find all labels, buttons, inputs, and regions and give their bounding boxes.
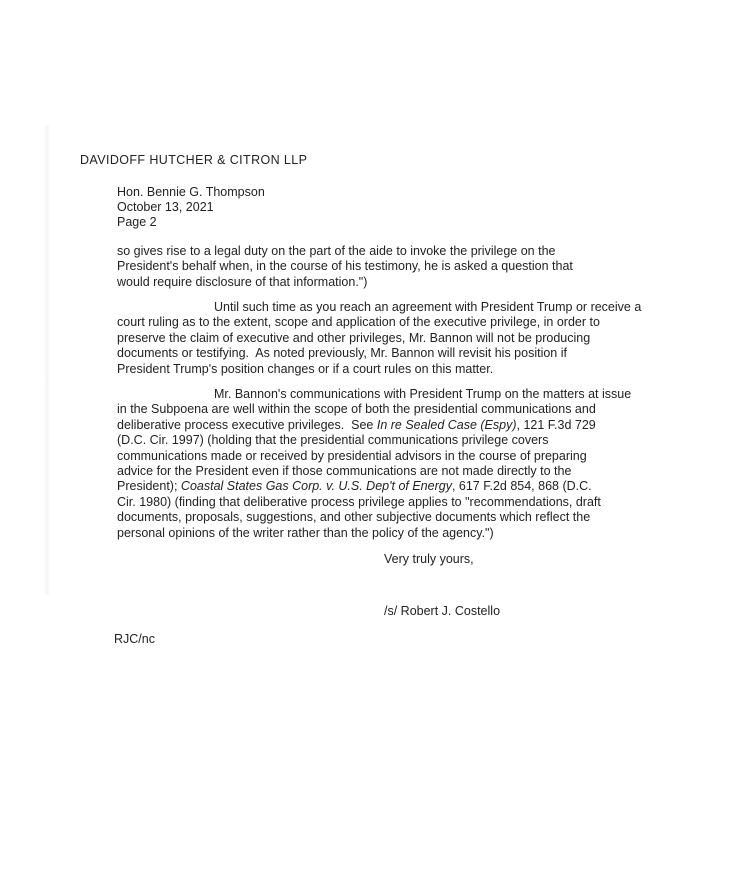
- paragraph-2: Until such time as you reach an agreemen…: [117, 300, 622, 377]
- text-line: court ruling as to the extent, scope and…: [117, 315, 622, 330]
- text-line: documents or testifying. As noted previo…: [117, 346, 622, 361]
- text-line: Mr. Bannon's communications with Preside…: [117, 387, 622, 402]
- text-line: (D.C. Cir. 1997) (holding that the presi…: [117, 433, 622, 448]
- case-citation: Coastal States Gas Corp. v. U.S. Dep't o…: [181, 479, 452, 493]
- text-line: communications made or received by presi…: [117, 449, 622, 464]
- letter-page: DAVIDOFF HUTCHER & CITRON LLP Hon. Benni…: [0, 0, 750, 876]
- text-line: in the Subpoena are well within the scop…: [117, 402, 622, 417]
- paragraph-1: so gives rise to a legal duty on the par…: [117, 244, 622, 290]
- text-line: would require disclosure of that informa…: [117, 275, 622, 290]
- firm-letterhead: DAVIDOFF HUTCHER & CITRON LLP: [80, 153, 307, 167]
- signature: /s/ Robert J. Costello: [384, 604, 500, 618]
- text-line: Cir. 1980) (finding that deliberative pr…: [117, 495, 622, 510]
- text-run: , 121 F.3d 729: [517, 418, 596, 432]
- text-run: , 617 F.2d 854, 868 (D.C.: [452, 479, 592, 493]
- reference-initials: RJC/nc: [114, 632, 155, 646]
- continuation-header: Hon. Bennie G. Thompson October 13, 2021…: [117, 185, 265, 230]
- text-line: President's behalf when, in the course o…: [117, 259, 622, 274]
- case-citation: In re Sealed Case (Espy): [377, 418, 517, 432]
- text-line: President Trump's position changes or if…: [117, 362, 622, 377]
- recipient-name: Hon. Bennie G. Thompson: [117, 185, 265, 200]
- paragraph-3: Mr. Bannon's communications with Preside…: [117, 387, 622, 541]
- text-line: deliberative process executive privilege…: [117, 418, 622, 433]
- text-line: preserve the claim of executive and othe…: [117, 331, 622, 346]
- text-line: documents, proposals, suggestions, and o…: [117, 510, 622, 525]
- scan-edge-shadow: [44, 125, 50, 595]
- text-line: advice for the President even if those c…: [117, 464, 622, 479]
- text-line: personal opinions of the writer rather t…: [117, 526, 622, 541]
- text-line: so gives rise to a legal duty on the par…: [117, 244, 622, 259]
- text-run: deliberative process executive privilege…: [117, 418, 377, 432]
- text-line: President); Coastal States Gas Corp. v. …: [117, 479, 622, 494]
- text-run: President);: [117, 479, 181, 493]
- text-line: Until such time as you reach an agreemen…: [117, 300, 622, 315]
- page-number: Page 2: [117, 215, 265, 230]
- closing-salutation: Very truly yours,: [384, 552, 474, 566]
- letter-date: October 13, 2021: [117, 200, 265, 215]
